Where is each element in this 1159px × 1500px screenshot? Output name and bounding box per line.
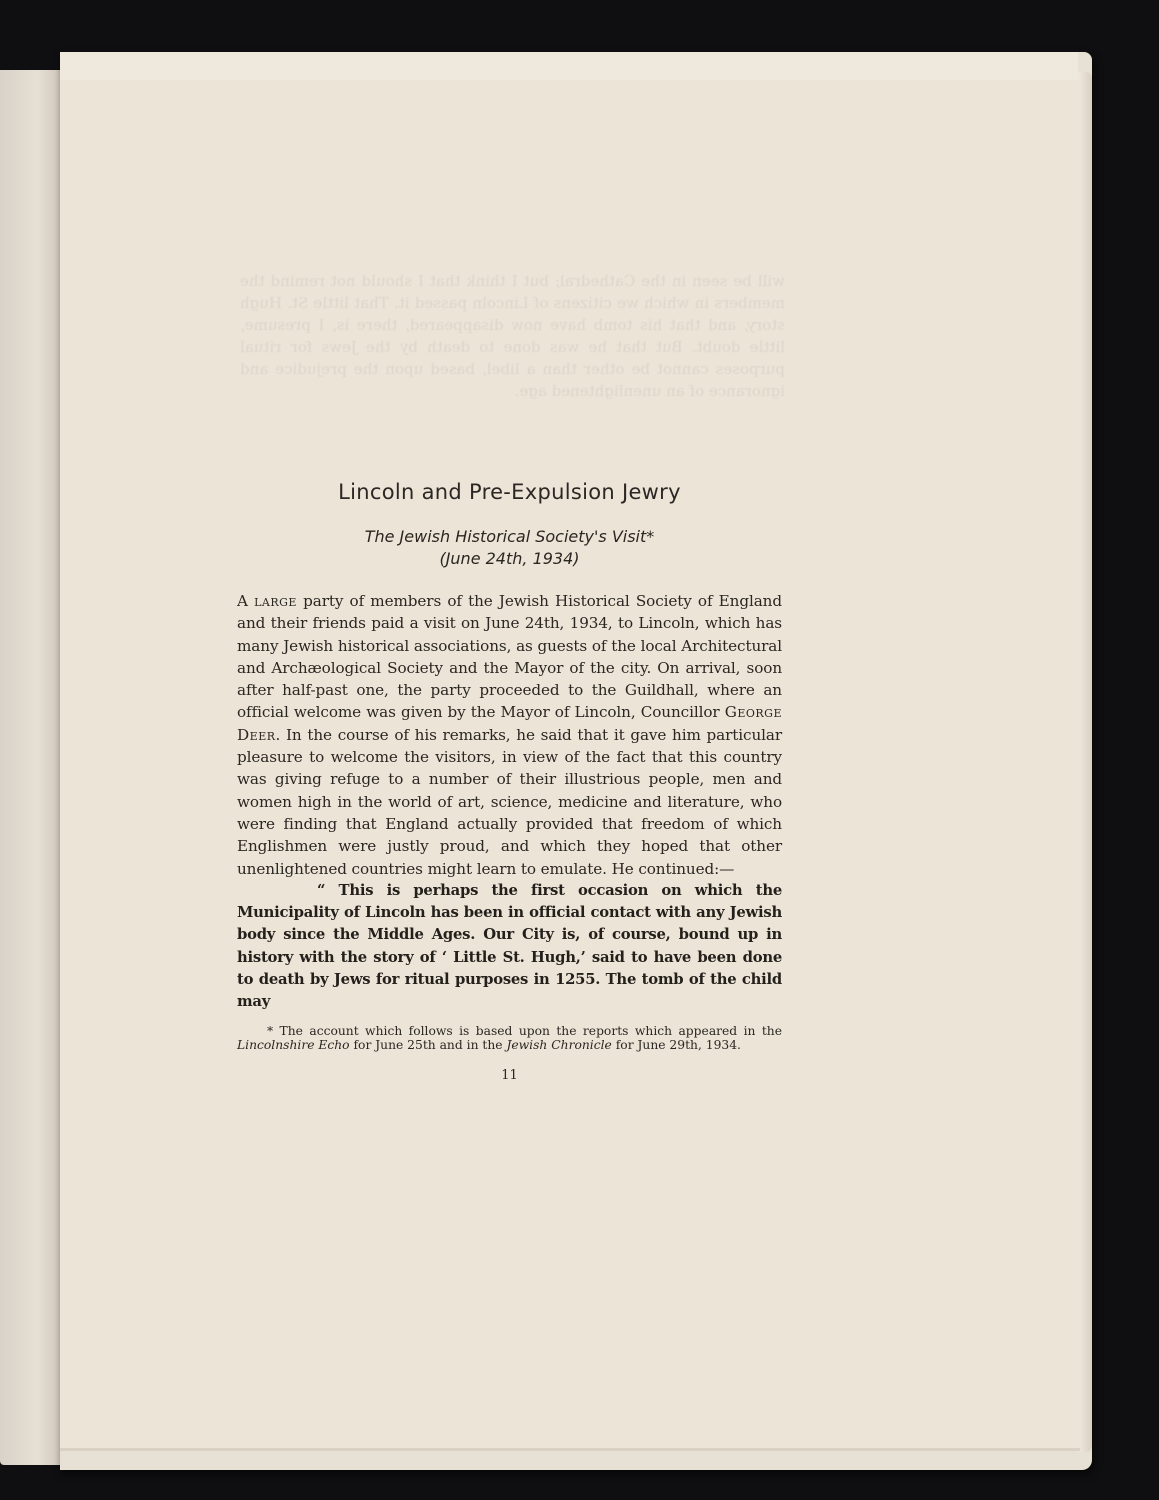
- bleed-through-text: will be seen in the Cathedral; but I thi…: [240, 270, 785, 402]
- page-content: Lincoln and Pre-Expulsion Jewry The Jewi…: [237, 480, 782, 1083]
- page-stack-fore-edge: [1078, 72, 1092, 1452]
- lead-smallcaps: large: [254, 592, 297, 610]
- footnote-publication-2: Jewish Chronicle: [506, 1038, 611, 1052]
- facing-page-edge: [0, 70, 62, 1465]
- mayor-quote: “ This is perhaps the first occasion on …: [237, 880, 782, 1014]
- paragraph-part-1: party of members of the Jewish Historica…: [237, 592, 782, 721]
- subtitle-line-2: (June 24th, 1934): [439, 549, 579, 568]
- body-paragraph: A large party of members of the Jewish H…: [237, 590, 782, 880]
- article-subtitle: The Jewish Historical Society's Visit* (…: [237, 526, 782, 570]
- footnote-part-1: * The account which follows is based upo…: [267, 1024, 782, 1038]
- lead-word: A: [237, 592, 248, 610]
- footnote-part-2: for June 25th and in the: [350, 1038, 507, 1052]
- article-title: Lincoln and Pre-Expulsion Jewry: [237, 480, 782, 504]
- footnote-part-3: for June 29th, 1934.: [612, 1038, 741, 1052]
- subtitle-line-1: The Jewish Historical Society's Visit*: [365, 527, 655, 546]
- footnote-publication-1: Lincolnshire Echo: [237, 1038, 350, 1052]
- page-number: 11: [237, 1068, 782, 1083]
- deckle-edge: [60, 52, 1078, 81]
- footnote: * The account which follows is based upo…: [237, 1024, 782, 1053]
- paragraph-part-2: . In the course of his remarks, he said …: [237, 726, 782, 878]
